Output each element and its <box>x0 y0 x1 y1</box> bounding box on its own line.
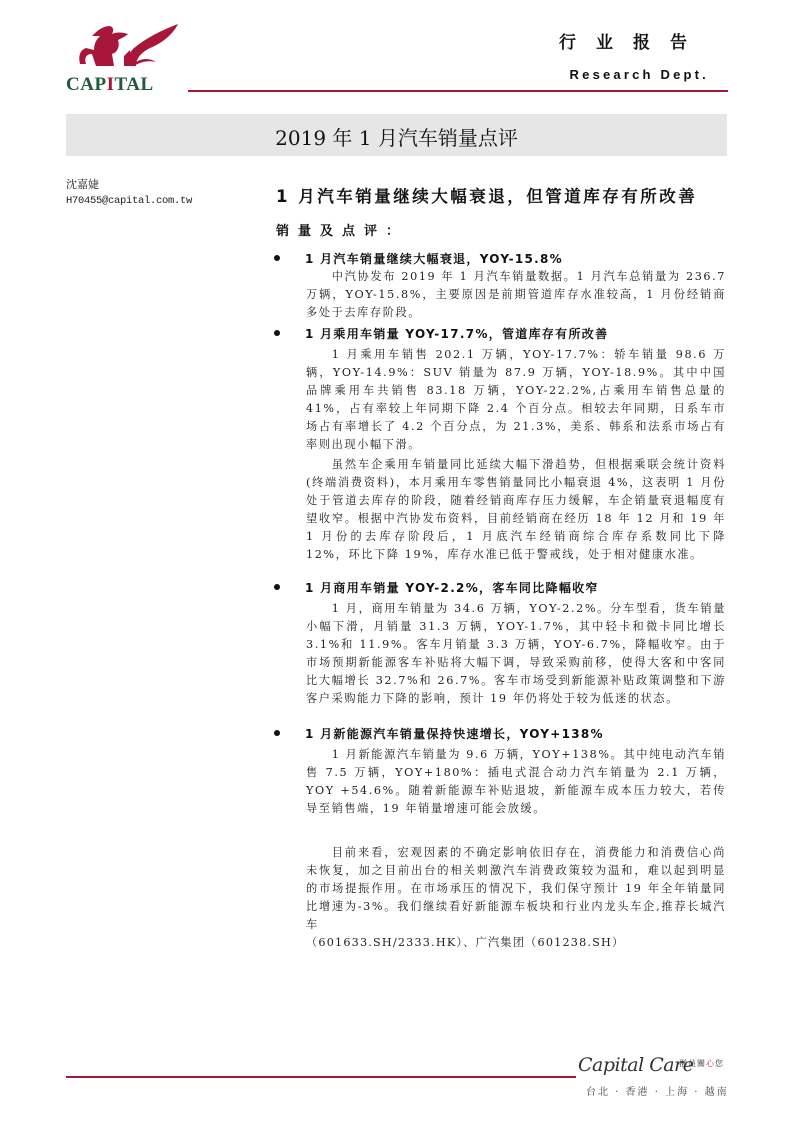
bullet-dot-icon <box>274 730 280 736</box>
capital-logo: CAPITAL <box>66 22 188 94</box>
author-name: 沈嘉婕 <box>66 177 192 193</box>
bullet-2-paragraph-1: 1 月乘用车销售 202.1 万辆，YOY-17.7%：轿车销量 98.6 万辆… <box>306 346 726 454</box>
footer-tagline: 群益關心您 <box>679 1058 724 1069</box>
section-label: 销量及点评： <box>276 220 408 239</box>
report-title: 2019 年 1 月汽车销量点评 <box>66 122 727 151</box>
recommendation-line: （601633.SH/2333.HK）、广汽集团（601238.SH） <box>306 934 726 952</box>
report-headline: 1 月汽车销量继续大幅衰退，但管道库存有所改善 <box>276 183 697 207</box>
capital-care-logo: Capital Care <box>578 1054 693 1076</box>
heart-icon: 心 <box>706 1059 715 1068</box>
department-label: Research Dept. <box>570 67 709 82</box>
bullet-dot-icon <box>274 330 280 336</box>
footer-cities: 台北 · 香港 · 上海 · 越南 <box>586 1083 729 1098</box>
bullet-2-paragraph-2: 虽然车企乘用车销量同比延续大幅下滑趋势，但根据乘联会统计资料(终端消费资料)，本… <box>306 456 726 564</box>
bullet-1-paragraph: 中汽协发布 2019 年 1 月汽车销量数据。1 月汽车总销量为 236.7 万… <box>306 268 726 322</box>
bullet-dot-icon <box>274 255 280 261</box>
bullet-3-paragraph: 1 月，商用车销量为 34.6 万辆，YOY-2.2%。分车型看，货车销量小幅下… <box>306 600 726 708</box>
report-type-label: 行业报告 <box>559 28 707 53</box>
logo-wordmark: CAPITAL <box>66 74 154 96</box>
footer-divider <box>66 1076 576 1078</box>
author-email[interactable]: H70455@capital.com.tw <box>66 193 192 209</box>
bullet-dot-icon <box>274 584 280 590</box>
title-band: 2019 年 1 月汽车销量点评 <box>66 114 727 156</box>
conclusion-paragraph: 目前来看，宏观因素的不确定影响依旧存在，消费能力和消费信心尚未恢复，加之目前出台… <box>306 844 726 934</box>
eagle-logo-icon <box>66 22 188 74</box>
bullet-4-paragraph: 1 月新能源汽车销量为 9.6 万辆，YOY+138%。其中纯电动汽车销售 7.… <box>306 746 726 818</box>
author-block: 沈嘉婕 H70455@capital.com.tw <box>66 177 192 209</box>
header-divider <box>188 90 728 92</box>
